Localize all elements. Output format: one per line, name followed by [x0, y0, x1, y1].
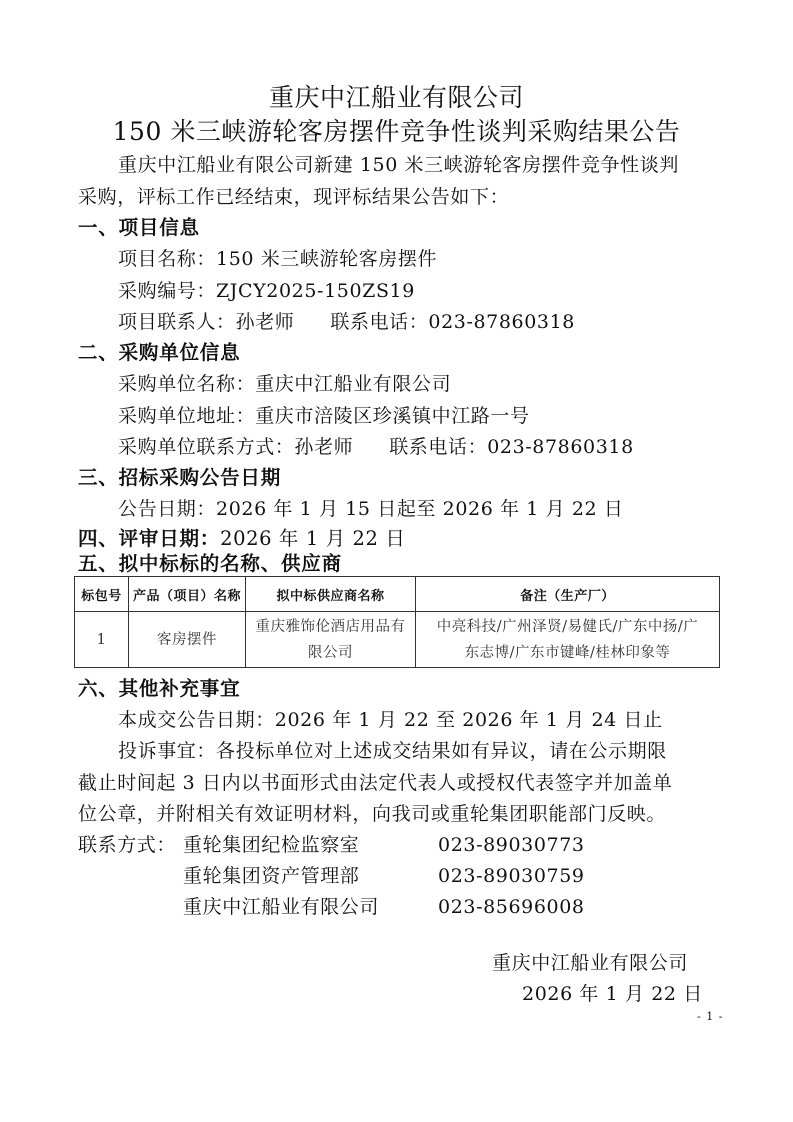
project-contact-phone: 联系电话：023-87860318	[330, 311, 575, 333]
project-name: 项目名称：150 米三峡游轮客房摆件	[118, 247, 437, 271]
table-row: 1 客房摆件 重庆雅饰伦酒店用品有 限公司 中亮科技/广州泽贤/易健氏/广东中扬…	[75, 612, 720, 668]
document-page: 重庆中江船业有限公司 150 米三峡游轮客房摆件竞争性谈判采购结果公告 重庆中江…	[0, 0, 793, 1122]
cell-supplier: 重庆雅饰伦酒店用品有 限公司	[246, 612, 416, 668]
signature-company: 重庆中江船业有限公司	[492, 951, 688, 975]
purchaser-name: 采购单位名称：重庆中江船业有限公司	[118, 372, 451, 396]
table-header-row: 标包号 产品（项目）名称 拟中标供应商名称 备注（生产厂）	[75, 577, 720, 612]
project-contact-line: 项目联系人：孙老师联系电话：023-87860318	[118, 310, 575, 334]
remark-line-2: 东志博/广东市键峰/桂林印象等	[418, 640, 717, 666]
cell-remark: 中亮科技/广州泽贤/易健氏/广东中扬/广 东志博/广东市键峰/桂林印象等	[416, 612, 720, 668]
section-heading-review-date: 四、评审日期：2026 年 1 月 22 日	[78, 527, 405, 551]
section-heading-winning-bid: 五、拟中标标的名称、供应商	[78, 552, 342, 576]
supplier-line-1: 重庆雅饰伦酒店用品有	[248, 614, 413, 640]
contact-phone-3: 023-85696008	[438, 895, 585, 919]
project-contact-person: 项目联系人：孙老师	[118, 311, 294, 333]
purchaser-address: 采购单位地址：重庆市涪陵区珍溪镇中江路一号	[118, 404, 530, 428]
contacts-label: 联系方式：	[78, 833, 176, 857]
section-heading-other: 六、其他补充事宜	[78, 677, 240, 701]
complaint-text-line-2: 截止时间起 3 日内以书面形式由法定代表人或授权代表签字并加盖单	[78, 771, 672, 795]
contact-phone-2: 023-89030759	[438, 864, 585, 888]
contact-org-2: 重轮集团资产管理部	[183, 864, 359, 888]
page-number: - 1 -	[697, 1010, 723, 1023]
remark-line-1: 中亮科技/广州泽贤/易健氏/广东中扬/广	[418, 614, 717, 640]
purchaser-contact-phone: 联系电话：023-87860318	[389, 436, 634, 458]
section-heading-project-info: 一、项目信息	[78, 216, 200, 240]
purchaser-contact-person: 采购单位联系方式：孙老师	[118, 436, 353, 458]
section-heading-announcement-date: 三、招标采购公告日期	[78, 466, 281, 490]
cell-package-no: 1	[75, 612, 129, 668]
purchaser-contact-line: 采购单位联系方式：孙老师联系电话：023-87860318	[118, 435, 634, 459]
company-title: 重庆中江船业有限公司	[0, 82, 793, 114]
supplier-line-2: 限公司	[248, 640, 413, 666]
winning-bid-table: 标包号 产品（项目）名称 拟中标供应商名称 备注（生产厂） 1 客房摆件 重庆雅…	[74, 576, 720, 668]
contact-phone-1: 023-89030773	[438, 833, 585, 857]
cell-product: 客房摆件	[129, 612, 246, 668]
intro-text-line-2: 采购，评标工作已经结束，现评标结果公告如下：	[78, 185, 509, 209]
header-package-no: 标包号	[75, 577, 129, 612]
intro-text-line-1: 重庆中江船业有限公司新建 150 米三峡游轮客房摆件竞争性谈判	[118, 153, 679, 177]
review-date-value: 2026 年 1 月 22 日	[220, 527, 405, 550]
document-title: 150 米三峡游轮客房摆件竞争性谈判采购结果公告	[0, 116, 793, 148]
deal-announcement-date: 本成交公告日期：2026 年 1 月 22 至 2026 年 1 月 24 日止	[118, 708, 663, 732]
procurement-code: 采购编号：ZJCY2025-150ZS19	[118, 279, 415, 303]
header-remark: 备注（生产厂）	[416, 577, 720, 612]
review-date-label: 四、评审日期：	[78, 527, 220, 550]
signature-date: 2026 年 1 月 22 日	[522, 982, 703, 1006]
header-product-name: 产品（项目）名称	[129, 577, 246, 612]
section-heading-purchaser-info: 二、采购单位信息	[78, 341, 240, 365]
complaint-text-line-1: 投诉事宜：各投标单位对上述成交结果如有异议，请在公示期限	[118, 739, 667, 763]
contact-org-1: 重轮集团纪检监察室	[183, 833, 359, 857]
complaint-text-line-3: 位公章，并附相关有效证明材料，向我司或重轮集团职能部门反映。	[78, 802, 666, 826]
announcement-date-line: 公告日期：2026 年 1 月 15 日起至 2026 年 1 月 22 日	[118, 497, 623, 521]
header-supplier-name: 拟中标供应商名称	[246, 577, 416, 612]
contact-org-3: 重庆中江船业有限公司	[183, 895, 379, 919]
